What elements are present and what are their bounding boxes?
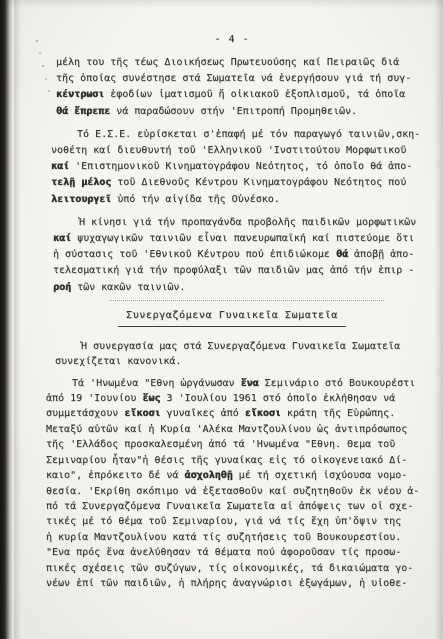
text-line: "Ενα πρός ἕνα ἀνελύθησαν τά θέματα πού ἀ… [46, 545, 413, 560]
paragraph: Ἡ συνεργασία μας στά Συνεργαζόμενα Γυναι… [55, 339, 413, 370]
text-line: θά ἔπρεπε νά παραδώσουν στήν 'Επιτροπή Π… [56, 104, 413, 120]
text-line: τῆς 'Ελλάδος προσκαλεσμένη ἀπό τά 'Ηνωμέ… [46, 437, 413, 452]
text-line: Μεταξύ αὐτῶν καί ἡ Κυρία 'Αλέκα Μαντζουλ… [46, 422, 413, 437]
section-heading: Συνεργαζόμενα Γυναικεῖα Σωματεῖα [51, 308, 413, 327]
text-line: Ἡ συνεργασία μας στά Συνεργαζόμενα Γυναι… [55, 339, 413, 354]
text-column: - 4 - μέλη του τῆς τέως Διοικήσεως Πρωτε… [51, 34, 413, 591]
text-line: νοθέτη καί διευθυντή τοῦ 'Ελληνικοῦ 'Ινσ… [51, 143, 413, 159]
text-line: πικές σχέσεις τῶν συζύγων, τίς οἰκονομικ… [46, 561, 413, 576]
text-line: τελεσματική γιά τήν προφύλαξι τῶν παιδιῶ… [53, 263, 413, 279]
text-line: θεσία. 'Εκρίθη σκόπιμο νά ἐξετασθοῦν καί… [46, 484, 413, 499]
text-line: Ἡ κίνησι γιά τήν προπαγάνδα προβολῆς παι… [53, 215, 413, 231]
section-heading-text: Συνεργαζόμενα Γυναικεῖα Σωματεῖα [118, 308, 346, 327]
paragraph: μέλη του τῆς τέως Διοικήσεως Πρωτευούσης… [56, 55, 413, 120]
paragraph: Ἡ κίνησι γιά τήν προπαγάνδα προβολῆς παι… [53, 215, 413, 296]
text-line: ἀπό 19 'Ιουνίου ἕως 3 'Ιουλίου 1961 στό … [46, 391, 413, 406]
paragraph: Τό Ε.Σ.Ε. εὑρίσκεται σ'ἐπαφή μέ τόν παρα… [51, 127, 413, 208]
sheet: - 4 - μέλη του τῆς τέως Διοικήσεως Πρωτε… [0, 0, 443, 591]
text-line: Τό Ε.Σ.Ε. εὑρίσκεται σ'ἐπαφή μέ τόν παρα… [51, 127, 413, 143]
document-page: - 4 - μέλη του τῆς τέως Διοικήσεως Πρωτε… [0, 0, 443, 639]
paragraph: Τά 'Ηνωμένα "Εθνη ὠργάνωσαν ἕνα Σεμινάρι… [46, 376, 413, 592]
text-line: ροή τῶν κακῶν ταινιῶν. [53, 280, 413, 296]
text-line: μέλη του τῆς τέως Διοικήσεως Πρωτευούσης… [56, 55, 413, 71]
page-number: - 4 - [51, 34, 413, 45]
text-line: ἡ κυρία Μαντζουλίνου κατά τίς συζητήσεις… [46, 530, 413, 545]
text-line: καί 'Επιστημονικοῦ Κινηματογράφου Νεότητ… [51, 159, 413, 175]
text-line: συνεχίζεται κανονικά. [55, 354, 413, 369]
text-line: Σεμιναρίου ἦταν"ἡ θέσις τῆς γυναίκας εἰς… [46, 453, 413, 468]
text-line: καιο", ἐπρόκειτο δέ νά ἀσχοληθῇ μέ τή σχ… [46, 468, 413, 483]
text-line: τικές μέ τό θέμα τοῦ Σεμιναρίου, γιά νά … [46, 514, 413, 529]
text-line: λειτουργεῖ ὑπό τήν αἰγίδα τῆς Οὐνέσκο. [51, 192, 413, 208]
text-line: κέντρωσι ἐφοδίων ἱματισμοῦ ἤ οἰκιακοῦ ἐξ… [56, 87, 413, 103]
text-line: συμμετάσχουν εἴκοσι γυναῖκες ἀπό εἴκοσι … [46, 406, 413, 421]
text-line: τελῇ μέλος τοῦ Διεθνοῦς Κέντρου Κινηματο… [51, 175, 413, 191]
text-line: πό τά Συνεργαζόμενα Γυναικεῖα Σωματεῖα α… [46, 499, 413, 514]
text-line: τῆς ὁποίας συνέστησε στά Σωματεῖα νά ἐνε… [56, 71, 413, 87]
text-line: ἡ σύστασις τοῦ 'Εθνικοῦ Κέντρου πού ἐπιδ… [53, 247, 413, 263]
text-line: νέων ἐπί τῶν παιδιῶν, ἡ πλήρης ἀναγνώρισ… [46, 576, 413, 591]
text-line: Τά 'Ηνωμένα "Εθνη ὠργάνωσαν ἕνα Σεμινάρι… [46, 376, 413, 391]
text-line: καί ψυχαγωγικῶν ταινιῶν εἶναι πανευρωπαϊ… [53, 231, 413, 247]
